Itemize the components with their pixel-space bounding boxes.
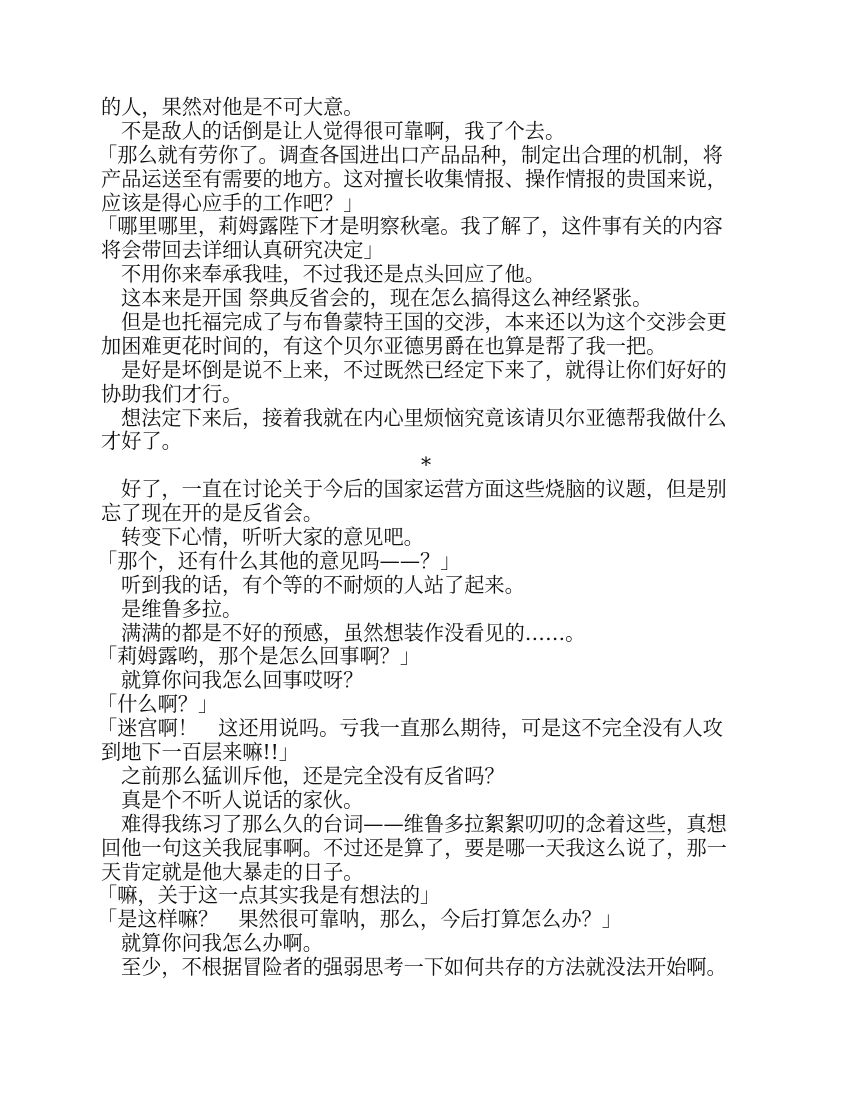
dialogue-line: 「是这样嘛？ 果然很可靠呐，那么，今后打算怎么办？」 [97, 908, 751, 932]
text-line: 才好了。 [101, 430, 751, 454]
text-line: 回他一句这关我屁事啊。不过还是算了，要是哪一天我这么说了，那一 [101, 837, 751, 861]
dialogue-line: 「那么就有劳你了。调查各国进出口产品品种，制定出合理的机制，将 [97, 144, 751, 168]
text-line: 产品运送至有需要的地方。这对擅长收集情报、操作情报的贵国来说， [101, 168, 751, 192]
text-line: 真是个不听人说话的家伙。 [101, 789, 751, 813]
dialogue-line: 「哪里哪里，莉姆露陛下才是明察秋毫。我了解了，这件事有关的内容 [97, 215, 751, 239]
text-line: 这本来是开国 祭典反省会的，现在怎么搞得这么神经紧张。 [101, 287, 751, 311]
text-line: 是维鲁多拉。 [101, 598, 751, 622]
text-line: 不是敌人的话倒是让人觉得很可靠啊，我了个去。 [101, 120, 751, 144]
text-line: 协助我们才行。 [101, 383, 751, 407]
text-line: 忘了现在开的是反省会。 [101, 502, 751, 526]
dialogue-line: 「莉姆露哟，那个是怎么回事啊？」 [97, 645, 751, 669]
text-line: 的人，果然对他是不可大意。 [101, 96, 751, 120]
text-line: 到地下一百层来嘛!!」 [101, 741, 751, 765]
text-line: 天肯定就是他大暴走的日子。 [101, 861, 751, 885]
text-line: 就算你问我怎么办啊。 [101, 932, 751, 956]
dialogue-line: 「嘛，关于这一点其实我是有想法的」 [97, 884, 751, 908]
dialogue-line: 「迷宫啊！ 这还用说吗。亏我一直那么期待，可是这不完全没有人攻 [97, 717, 751, 741]
text-line: 转变下心情，听听大家的意见吧。 [101, 526, 751, 550]
text-line: 满满的都是不好的预感，虽然想装作没看见的……。 [101, 622, 751, 646]
text-line: 难得我练习了那么久的台词——维鲁多拉絮絮叨叨的念着这些，真想 [101, 813, 751, 837]
text-line: 想法定下来后，接着我就在内心里烦恼究竟该请贝尔亚德帮我做什么 [101, 407, 751, 431]
dialogue-line: 「那个，还有什么其他的意见吗——？」 [97, 550, 751, 574]
text-line: 好了，一直在讨论关于今后的国家运营方面这些烧脑的议题，但是别 [101, 478, 751, 502]
text-line: 至少，不根据冒险者的强弱思考一下如何共存的方法就没法开始啊。 [101, 956, 751, 980]
text-line: 不用你来奉承我哇，不过我还是点头回应了他。 [101, 263, 751, 287]
text-line: 将会带回去详细认真研究决定」 [101, 239, 751, 263]
dialogue-line: 「什么啊？」 [97, 693, 751, 717]
text-line: 之前那么猛训斥他，还是完全没有反省吗？ [101, 765, 751, 789]
text-line: 应该是得心应手的工作吧？」 [101, 192, 751, 216]
text-line: 听到我的话，有个等的不耐烦的人站了起来。 [101, 574, 751, 598]
document-page: 的人，果然对他是不可大意。不是敌人的话倒是让人觉得很可靠啊，我了个去。「那么就有… [101, 96, 751, 980]
section-separator: * [101, 454, 751, 478]
text-line: 加困难更花时间的，有这个贝尔亚德男爵在也算是帮了我一把。 [101, 335, 751, 359]
text-line: 但是也托福完成了与布鲁蒙特王国的交涉，本来还以为这个交涉会更 [101, 311, 751, 335]
text-line: 就算你问我怎么回事哎呀？ [101, 669, 751, 693]
text-line: 是好是坏倒是说不上来，不过既然已经定下来了，就得让你们好好的 [101, 359, 751, 383]
